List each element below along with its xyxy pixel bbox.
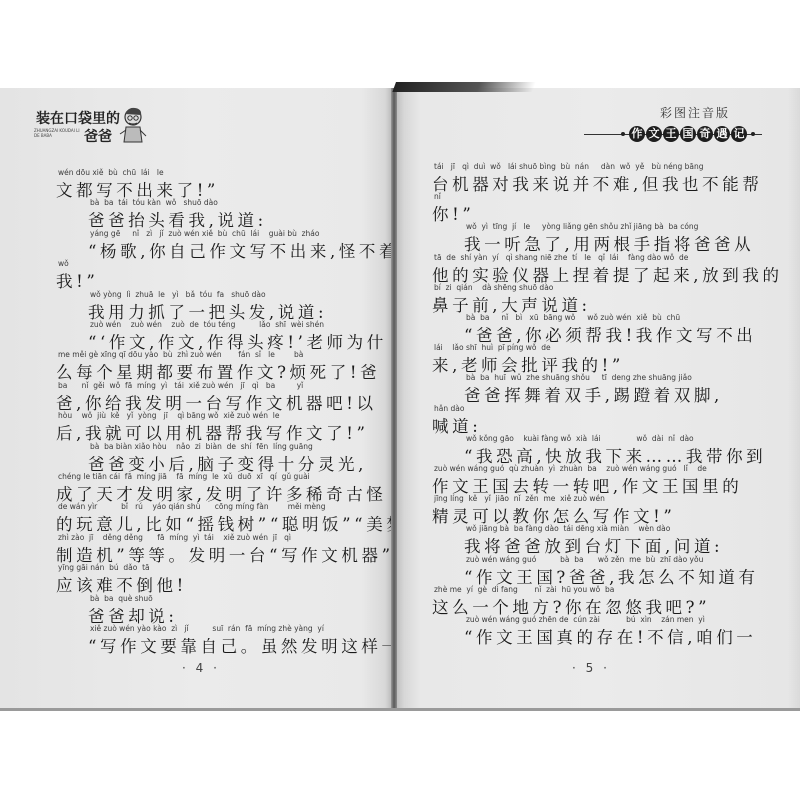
book-title-pinyin: ZHUANGZAI KOUDAI LI DE BABA [34, 128, 84, 138]
pinyin-line: chéng le tiān cái fā míng jiā fā míng le… [58, 472, 310, 481]
page-number-right: · 5 · [572, 661, 610, 675]
text-line: 成了天才发明家,发明了许多稀奇古怪 [56, 481, 386, 505]
pinyin-line: bà ba huī wǔ zhe shuāng shǒu tī deng zhe… [466, 373, 692, 382]
pinyin-line: tā de shí yàn yí qì shang niē zhe tí le … [434, 253, 688, 262]
cover-shadow [392, 82, 536, 92]
pinyin-line: xiě zuò wén yào kào zì jǐ suī rán fā mín… [90, 624, 324, 633]
series-title-char: 作 [629, 126, 645, 142]
pinyin-line: bà ba tái tóu kàn wǒ shuō dào [90, 198, 218, 207]
pinyin-line: wén dōu xiě bù chū lái le [58, 168, 164, 177]
pinyin-line: nǐ [434, 192, 441, 201]
text-line: 后,我就可以用机器帮我写作文了!” [56, 420, 369, 444]
pinyin-line: bà ba nǐ bì xū bāng wǒ wǒ zuò wén xiě bù… [466, 313, 680, 322]
pinyin-line: zuò wén wáng guó qù zhuàn yì zhuàn ba zu… [434, 464, 707, 473]
series-title-char: 王 [663, 126, 679, 142]
text-line: 爸爸变小后,脑子变得十分灵光, [88, 451, 367, 475]
pinyin-line: de wán yìr bǐ rú yáo qián shù cōng míng … [58, 502, 326, 511]
page-number-left: · 4 · [182, 661, 220, 675]
pinyin-line: yáng gē nǐ zì jǐ zuò wén xiě bù chū lái … [90, 229, 320, 238]
pinyin-line: me měi gè xīng qī dōu yào bù zhì zuò wén… [58, 350, 303, 359]
pinyin-line: hòu wǒ jiù kě yǐ yòng jī qì bāng wǒ xiě … [58, 411, 279, 420]
pinyin-line: jīng líng kě yǐ jiāo nǐ zěn me xiě zuò w… [434, 494, 605, 503]
series-title-char: 文 [646, 126, 662, 142]
right-page: 彩图注音版 作文王国奇遇记 tái jī qì duì wǒ lái shuō … [396, 88, 800, 711]
series-title-char: 记 [731, 126, 747, 142]
pinyin-line: zuò wén wáng guó bà ba wǒ zěn me bù zhī … [466, 555, 703, 564]
pinyin-line: bà ba què shuō [90, 594, 153, 603]
book-logo: 装在口袋里的 ZHUANGZAI KOUDAI LI DE BABA 爸爸 [36, 108, 156, 144]
pinyin-line: wǒ yì tīng jí le yòng liǎng gēn shǒu zhǐ… [466, 222, 698, 231]
text-line: 爸爸抬头看我,说道: [88, 207, 267, 231]
pinyin-line: lái lǎo shī huì pī píng wǒ de [434, 343, 551, 352]
text-line: 的玩意儿,比如“摇钱树”“聪明饭”“美梦 [56, 511, 393, 535]
pinyin-line: zuò wén wáng guó zhēn de cún zài bú xìn … [466, 615, 705, 624]
pinyin-line: ba nǐ gěi wǒ fā míng yì tái xiě zuò wén … [58, 381, 303, 390]
pinyin-line: hǎn dào [434, 404, 464, 413]
pinyin-line: zuò wén zuò wén zuò de tóu téng lǎo shī … [90, 320, 324, 329]
pinyin-line: wǒ kǒng gāo kuài fàng wǒ xià lái wǒ dài … [466, 434, 694, 443]
text-line: 爸,你给我发明一台写作文机器吧!以 [56, 390, 377, 414]
book-title-line2: 爸爸 [84, 126, 112, 146]
text-line: “‘作文,作文,作得头疼!’老师为什 [88, 329, 387, 353]
edition-label: 彩图注音版 [660, 104, 730, 121]
text-line: 我!” [56, 268, 98, 292]
text-line: 台机器对我来说并不难,但我也不能帮 [432, 171, 762, 195]
text-line: 制造机”等等。发明一台“写作文机器”, [56, 542, 393, 566]
text-line: 我用力抓了一把头发,说道: [88, 299, 327, 323]
text-line: 么每个星期都要布置作文?烦死了!爸 [56, 359, 380, 383]
open-book-spread: 装在口袋里的 ZHUANGZAI KOUDAI LI DE BABA 爸爸 wé… [0, 88, 800, 711]
pinyin-line: wǒ jiāng bà ba fàng dào tái dēng xià mià… [466, 524, 670, 533]
pinyin-line: bí zi qián dà shēng shuō dào [434, 283, 553, 292]
series-title-char: 遇 [714, 126, 730, 142]
pinyin-line: bà ba biàn xiǎo hòu nǎo zi biàn de shí f… [90, 442, 313, 451]
pinyin-line: zhè me yí gè dì fang nǐ zài hū you wǒ ba [434, 585, 614, 594]
text-line: 爸爸却说: [88, 603, 178, 627]
text-line: “写作文要靠自己。虽然发明这样一 [88, 633, 393, 657]
text-line: “作文王国真的存在!不信,咱们一 [464, 624, 756, 648]
series-title: 作文王国奇遇记 [618, 126, 758, 142]
series-dot [751, 132, 755, 136]
cartoon-dad-icon [118, 106, 148, 144]
text-line: 应该难不倒他! [56, 572, 187, 596]
pinyin-line: wǒ yòng lì zhuā le yì bǎ tóu fa shuō dào [90, 290, 266, 299]
series-dot [621, 132, 625, 136]
pinyin-line: tái jī qì duì wǒ lái shuō bìng bù nán dà… [434, 162, 704, 171]
page-bottom-edge [0, 708, 800, 711]
pinyin-line: yīng gāi nán bú dǎo tā [58, 563, 150, 572]
left-page: 装在口袋里的 ZHUANGZAI KOUDAI LI DE BABA 爸爸 wé… [0, 88, 393, 711]
pinyin-line: zhì zào jī děng děng fā míng yì tái xiě … [58, 533, 291, 542]
text-line: 爸爸挥舞着双手,踢蹬着双脚, [464, 382, 723, 406]
series-title-char: 国 [680, 126, 696, 142]
series-title-char: 奇 [697, 126, 713, 142]
pinyin-line: wǒ [58, 259, 69, 268]
text-line: “杨歌,你自己作文写不出来,怪不着 [88, 238, 393, 262]
book-title: 装在口袋里的 [36, 108, 120, 128]
text-line: 文都写不出来了!” [56, 177, 219, 201]
book-spine [391, 88, 397, 711]
